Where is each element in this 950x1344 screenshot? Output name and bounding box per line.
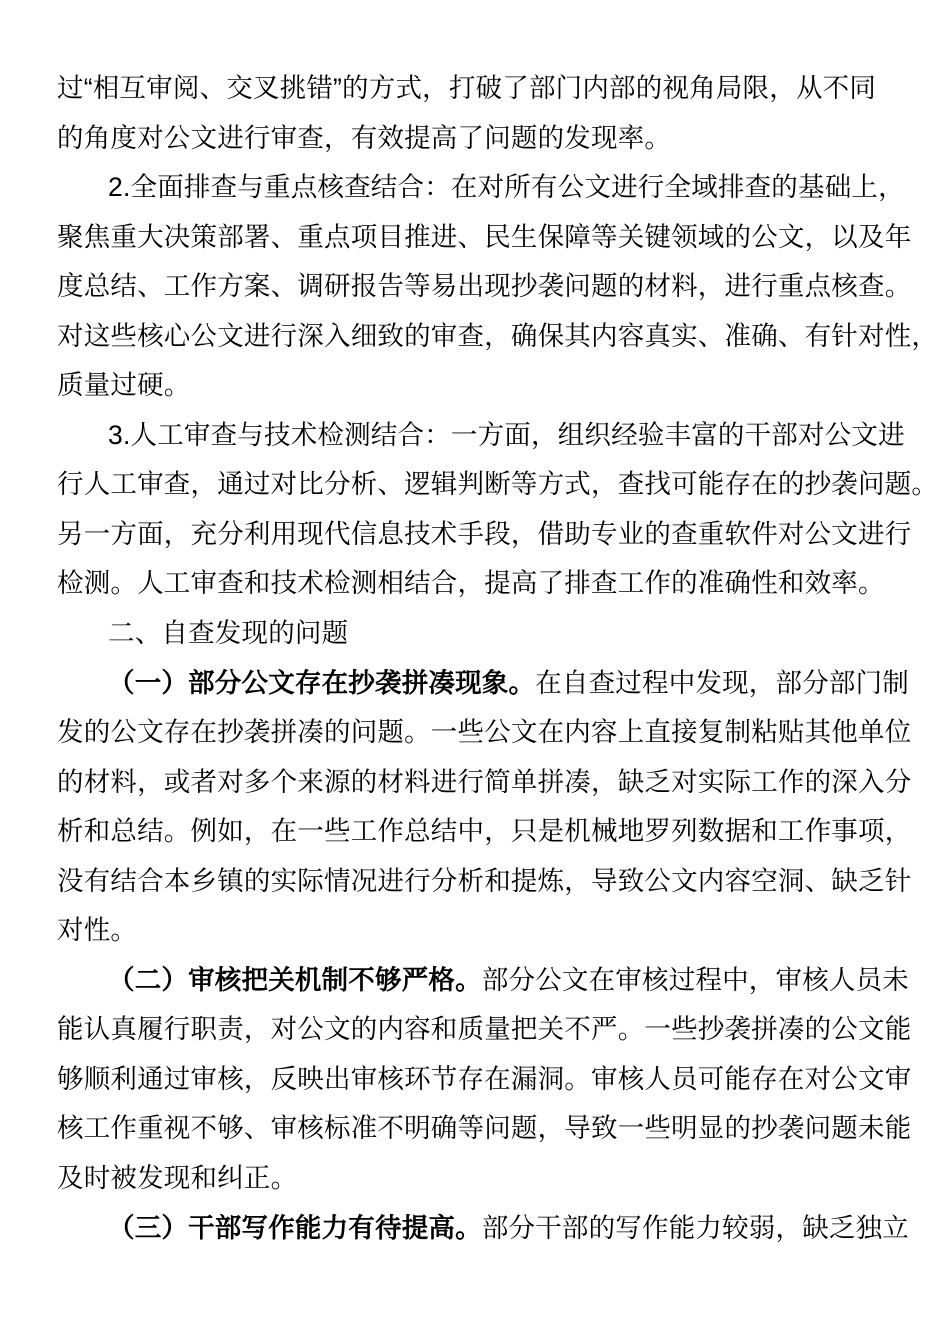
text-line: 析和总结。例如，在一些工作总结中，只是机械地罗列数据和工作事项， <box>57 807 895 857</box>
text-line: 的角度对公文进行审查，有效提高了问题的发现率。 <box>57 114 895 164</box>
body-text-run: 够顺利通过审核，反映出审核环节存在漏洞。审核人员可能存在对公文审 <box>57 1064 911 1094</box>
body-text-run: 检测。人工审查和技术检测相结合，提高了排查工作的准确性和效率。 <box>57 568 885 598</box>
text-line: 检测。人工审查和技术检测相结合，提高了排查工作的准确性和效率。 <box>57 559 895 609</box>
text-line: 过“相互审阅、交叉挑错”的方式，打破了部门内部的视角局限，从不同 <box>57 64 895 114</box>
body-text-run: 过“相互审阅、交叉挑错”的方式，打破了部门内部的视角局限，从不同 <box>57 73 876 103</box>
subsection-heading-run: （二）审核把关机制不够严格。 <box>108 965 482 995</box>
body-text-run: 核工作重视不够、审核标准不明确等问题，导致一些明显的抄袭问题未能 <box>57 1113 911 1143</box>
body-text-run: 对性。 <box>57 915 137 945</box>
text-line: （一）部分公文存在抄袭拼凑现象。在自查过程中发现，部分部门制 <box>57 659 895 709</box>
body-text-run: 质量过硬。 <box>57 370 191 400</box>
body-text-run: 析和总结。例如，在一些工作总结中，只是机械地罗列数据和工作事项， <box>57 816 911 846</box>
text-line: 能认真履行职责，对公文的内容和质量把关不严。一些抄袭拼凑的公文能 <box>57 1005 895 1055</box>
text-line: 另一方面，充分利用现代信息技术手段，借助专业的查重软件对公文进行 <box>57 510 895 560</box>
body-text-run: 发的公文存在抄袭拼凑的问题。一些公文在内容上直接复制粘贴其他单位 <box>57 717 911 747</box>
body-text-run: 聚焦重大决策部署、重点项目推进、民生保障等关键领域的公文，以及年 <box>57 222 911 252</box>
body-text-run: 另一方面，充分利用现代信息技术手段，借助专业的查重软件对公文进行 <box>57 519 911 549</box>
body-text-run: 度总结、工作方案、调研报告等易出现抄袭问题的材料，进行重点核查。 <box>57 271 911 301</box>
text-line: 没有结合本乡镇的实际情况进行分析和提炼，导致公文内容空洞、缺乏针 <box>57 857 895 907</box>
text-line: 度总结、工作方案、调研报告等易出现抄袭问题的材料，进行重点核查。 <box>57 262 895 312</box>
document-page: 过“相互审阅、交叉挑错”的方式，打破了部门内部的视角局限，从不同的角度对公文进行… <box>0 0 950 1344</box>
body-text-run: 部分公文在审核过程中，审核人员未 <box>482 965 909 995</box>
text-line: 行人工审查，通过对比分析、逻辑判断等方式，查找可能存在的抄袭问题。 <box>57 460 895 510</box>
body-text-run: 部分干部的写作能力较弱，缺乏独立 <box>482 1213 909 1243</box>
subsection-heading-run: （三）干部写作能力有待提高。 <box>108 1213 482 1243</box>
text-line: 核工作重视不够、审核标准不明确等问题，导致一些明显的抄袭问题未能 <box>57 1104 895 1154</box>
text-line: 够顺利通过审核，反映出审核环节存在漏洞。审核人员可能存在对公文审 <box>57 1055 895 1105</box>
body-text-run: 及时被发现和纠正。 <box>57 1163 297 1193</box>
text-line: （二）审核把关机制不够严格。部分公文在审核过程中，审核人员未 <box>57 956 895 1006</box>
body-text-run: 能认真履行职责，对公文的内容和质量把关不严。一些抄袭拼凑的公文能 <box>57 1014 911 1044</box>
text-line: 2.全面排查与重点核查结合：在对所有公文进行全域排查的基础上， <box>57 163 895 213</box>
text-line: 质量过硬。 <box>57 361 895 411</box>
text-line: 及时被发现和纠正。 <box>57 1154 895 1204</box>
body-text-run: 的材料，或者对多个来源的材料进行简单拼凑，缺乏对实际工作的深入分 <box>57 767 911 797</box>
text-line: （三）干部写作能力有待提高。部分干部的写作能力较弱，缺乏独立 <box>57 1204 895 1254</box>
body-text-run: 行人工审查，通过对比分析、逻辑判断等方式，查找可能存在的抄袭问题。 <box>57 469 938 499</box>
text-line: 二、自查发现的问题 <box>57 609 895 659</box>
text-line: 对性。 <box>57 906 895 956</box>
text-line: 的材料，或者对多个来源的材料进行简单拼凑，缺乏对实际工作的深入分 <box>57 758 895 808</box>
body-text-run: 对这些核心公文进行深入细致的审查，确保其内容真实、准确、有针对性， <box>57 321 938 351</box>
body-text-run: 2.全面排查与重点核查结合：在对所有公文进行全域排查的基础上， <box>108 172 905 202</box>
subsection-heading-run: （一）部分公文存在抄袭拼凑现象。 <box>108 668 535 698</box>
body-text-run: 在自查过程中发现，部分部门制 <box>535 668 909 698</box>
body-text-run: 的角度对公文进行审查，有效提高了问题的发现率。 <box>57 123 671 153</box>
document-body: 过“相互审阅、交叉挑错”的方式，打破了部门内部的视角局限，从不同的角度对公文进行… <box>57 64 895 1253</box>
body-text-run: 没有结合本乡镇的实际情况进行分析和提炼，导致公文内容空洞、缺乏针 <box>57 866 911 896</box>
text-line: 对这些核心公文进行深入细致的审查，确保其内容真实、准确、有针对性， <box>57 312 895 362</box>
text-line: 发的公文存在抄袭拼凑的问题。一些公文在内容上直接复制粘贴其他单位 <box>57 708 895 758</box>
text-line: 3.人工审查与技术检测结合：一方面，组织经验丰富的干部对公文进 <box>57 411 895 461</box>
text-line: 聚焦重大决策部署、重点项目推进、民生保障等关键领域的公文，以及年 <box>57 213 895 263</box>
body-text-run: 二、自查发现的问题 <box>108 618 348 648</box>
body-text-run: 3.人工审查与技术检测结合：一方面，组织经验丰富的干部对公文进 <box>108 420 905 450</box>
